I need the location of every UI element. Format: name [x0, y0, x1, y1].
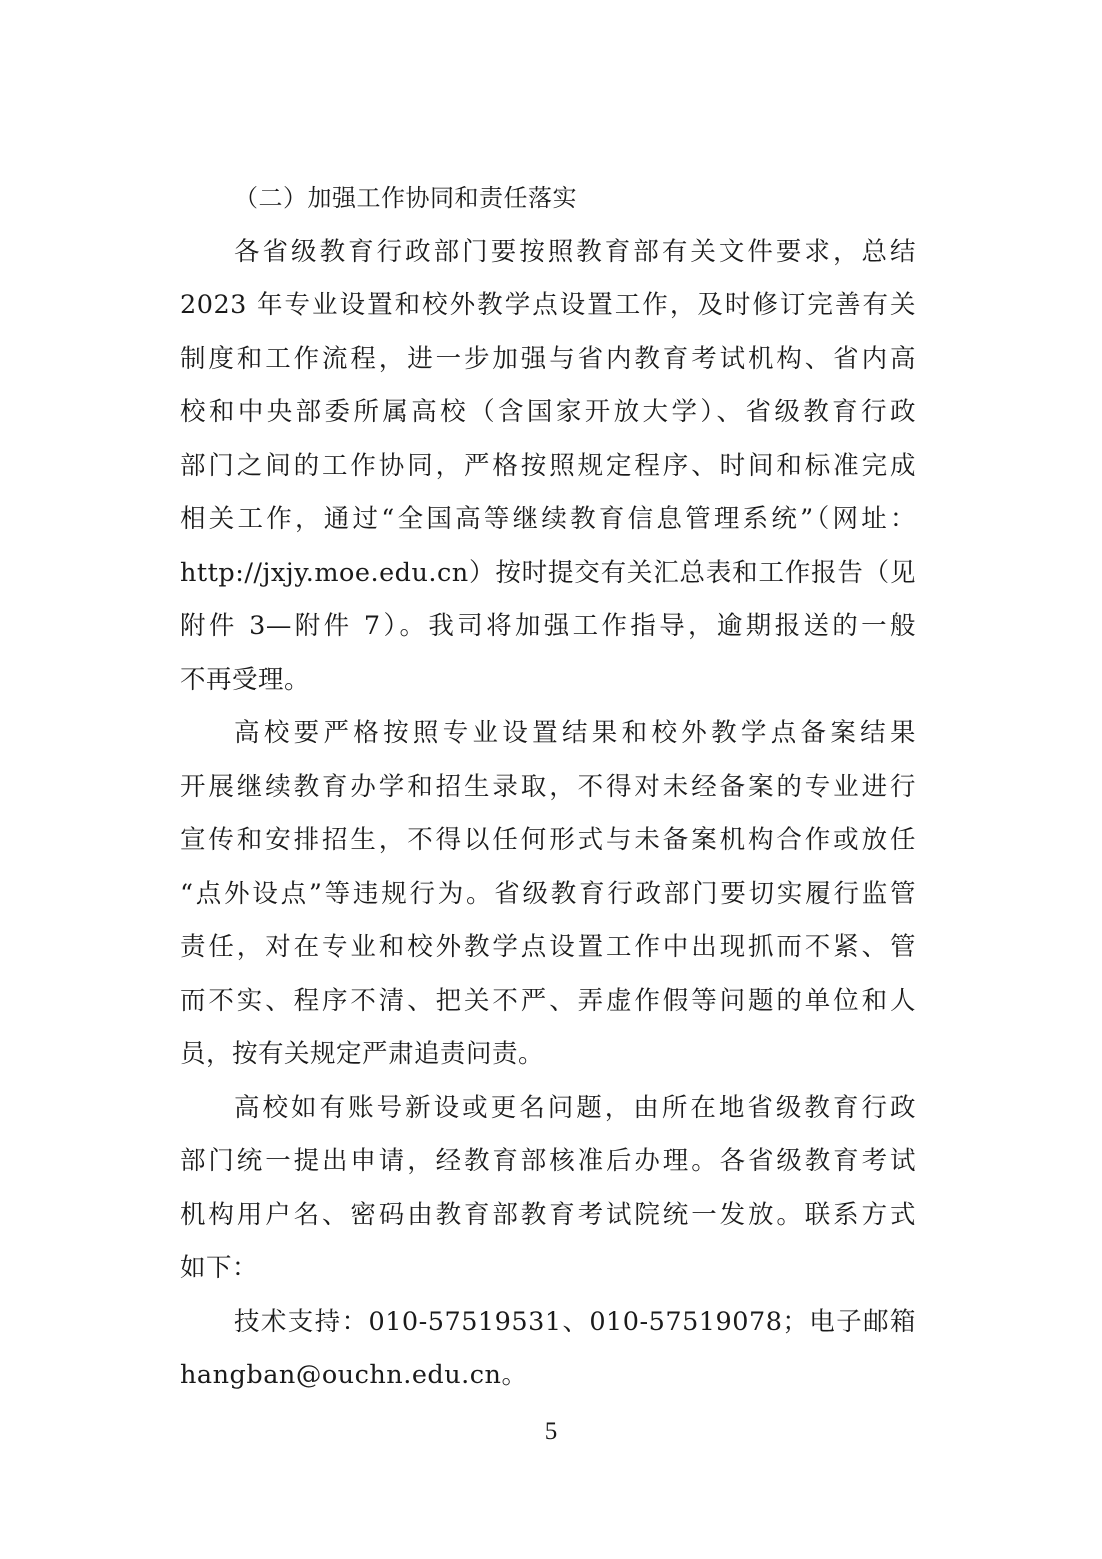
paragraph-line: 制度和工作流程，进一步加强与省内教育考试机构、省内高 — [180, 333, 916, 387]
document-page: （二）加强工作协同和责任落实 各省级教育行政部门要按照教育部有关文件要求，总结 … — [180, 172, 916, 1403]
paragraph-reporting: 各省级教育行政部门要按照教育部有关文件要求，总结 2023 年专业设置和校外教学… — [180, 226, 916, 708]
contact-email-line: hangban@ouchn.edu.cn。 — [180, 1349, 916, 1403]
paragraph-line: 高校要严格按照专业设置结果和校外教学点备案结果 — [180, 707, 916, 761]
paragraph-line: 附件 3—附件 7）。我司将加强工作指导，逾期报送的一般 — [180, 600, 916, 654]
contact-phone-line: 技术支持：010-57519531、010-57519078；电子邮箱 — [180, 1296, 916, 1350]
paragraph-contact: 技术支持：010-57519531、010-57519078；电子邮箱 hang… — [180, 1296, 916, 1403]
paragraph-line: 校和中央部委所属高校（含国家开放大学）、省级教育行政 — [180, 386, 916, 440]
paragraph-line: 2023 年专业设置和校外教学点设置工作，及时修订完善有关 — [180, 279, 916, 333]
section-heading: （二）加强工作协同和责任落实 — [180, 172, 916, 226]
paragraph-line: 部门之间的工作协同，严格按照规定程序、时间和标准完成 — [180, 440, 916, 494]
paragraph-line: 开展继续教育办学和招生录取，不得对未经备案的专业进行 — [180, 761, 916, 815]
paragraph-enrollment-rules: 高校要严格按照专业设置结果和校外教学点备案结果 开展继续教育办学和招生录取，不得… — [180, 707, 916, 1082]
paragraph-line: 部门统一提出申请，经教育部核准后办理。各省级教育考试 — [180, 1135, 916, 1189]
paragraph-line: “点外设点”等违规行为。省级教育行政部门要切实履行监管 — [180, 868, 916, 922]
paragraph-line: 员，按有关规定严肃追责问责。 — [180, 1028, 916, 1082]
paragraph-line: 不再受理。 — [180, 654, 916, 708]
paragraph-line: 而不实、程序不清、把关不严、弄虚作假等问题的单位和人 — [180, 975, 916, 1029]
paragraph-line: 如下： — [180, 1242, 916, 1296]
paragraph-accounts: 高校如有账号新设或更名问题，由所在地省级教育行政 部门统一提出申请，经教育部核准… — [180, 1082, 916, 1296]
paragraph-line-url: http://jxjy.moe.edu.cn）按时提交有关汇总表和工作报告（见 — [180, 547, 916, 601]
paragraph-line: 责任，对在专业和校外教学点设置工作中出现抓而不紧、管 — [180, 921, 916, 975]
paragraph-line: 各省级教育行政部门要按照教育部有关文件要求，总结 — [180, 226, 916, 280]
paragraph-line: 机构用户名、密码由教育部教育考试院统一发放。联系方式 — [180, 1189, 916, 1243]
paragraph-line: 高校如有账号新设或更名问题，由所在地省级教育行政 — [180, 1082, 916, 1136]
page-number: 5 — [0, 1418, 1102, 1446]
paragraph-line: 相关工作，通过“全国高等继续教育信息管理系统”（网址： — [180, 493, 916, 547]
paragraph-line: 宣传和安排招生，不得以任何形式与未备案机构合作或放任 — [180, 814, 916, 868]
